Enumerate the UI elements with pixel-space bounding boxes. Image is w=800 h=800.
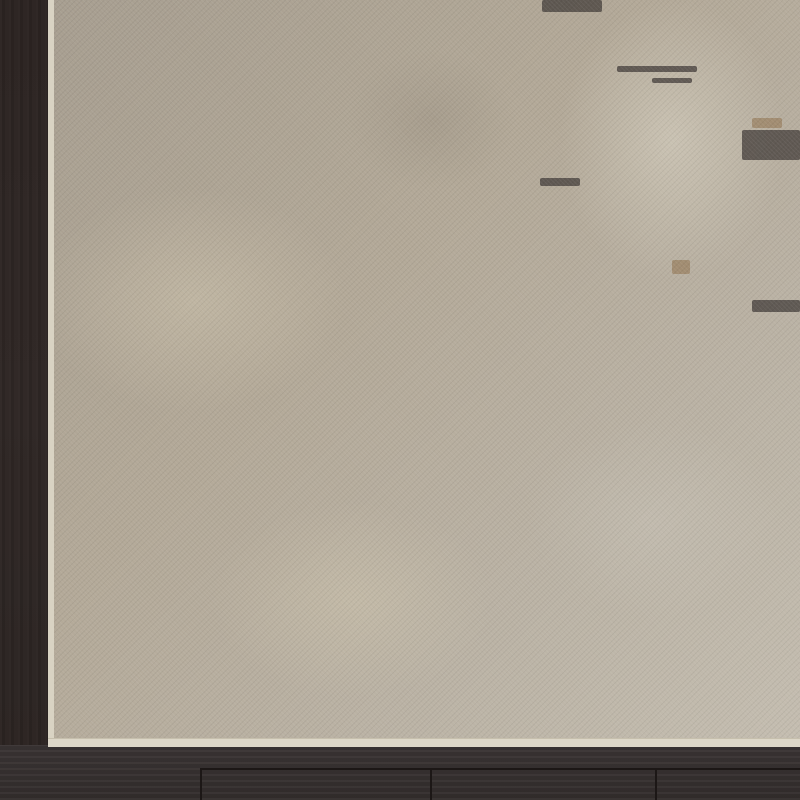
rug — [52, 0, 800, 742]
floor-plank-seam — [655, 770, 657, 800]
floor-plank-seam — [200, 768, 800, 770]
rug-motif — [742, 130, 800, 160]
rug-motif — [752, 300, 800, 312]
rug-binding-bottom — [48, 738, 800, 747]
wood-floor-lower-plank — [0, 745, 800, 800]
floor-plank-seam — [200, 770, 202, 800]
rug-binding-left — [48, 0, 54, 746]
rug-motif — [540, 178, 580, 186]
rug-motif — [672, 260, 690, 274]
rug-motif — [652, 78, 692, 83]
rug-motif — [542, 0, 602, 12]
floor-plank-seam — [430, 770, 432, 800]
rug-motif — [752, 118, 782, 128]
rug-motif — [617, 66, 697, 72]
